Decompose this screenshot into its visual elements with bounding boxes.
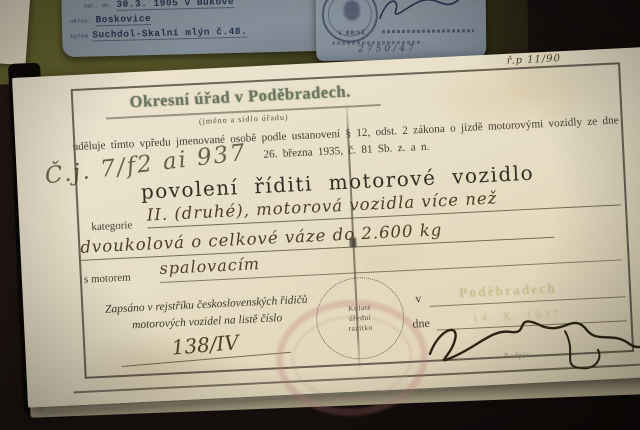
card-file-number: 2750/47 [358,44,416,55]
issuer-signature-icon [414,299,640,381]
round-ink-stamp-icon: V BRNĚ [322,0,379,43]
stamp-emblem-icon [344,0,360,20]
district-value: Boskovice [95,13,151,26]
district-label: okres: [70,17,92,25]
place-label: v [415,291,422,306]
paper-edge-top-left [0,0,30,65]
identity-card: nar. dn. 30.3. 1905 v Bukové okres: Bosk… [61,0,324,57]
address-value: Suchdol-Skalní mlýn č.48. [92,26,247,42]
address-label: bytem [70,33,88,40]
address-row: bytem Suchdol-Skalní mlýn č.48. [70,24,316,42]
museum-photo-of-driving-permit: nar. dn. 30.3. 1905 v Bukové okres: Bosk… [0,0,640,430]
motor-label: s motorem [84,271,131,285]
category-label: kategorie [91,219,132,233]
official-signature-icon [374,0,482,28]
birth-label: nar. dn. [83,2,112,10]
stamped-card: V BRNĚ 2750/47 [316,0,487,61]
stamp-city-text: V BRNĚ [324,30,380,37]
permit-document: ř.p 11/90 Okresní úřad v Poděbradech. (j… [12,46,640,407]
illegible-caption [382,29,474,33]
birth-value: 30.3. 1905 v Bukové [116,0,234,11]
signature-caption: Podpis [504,350,531,360]
